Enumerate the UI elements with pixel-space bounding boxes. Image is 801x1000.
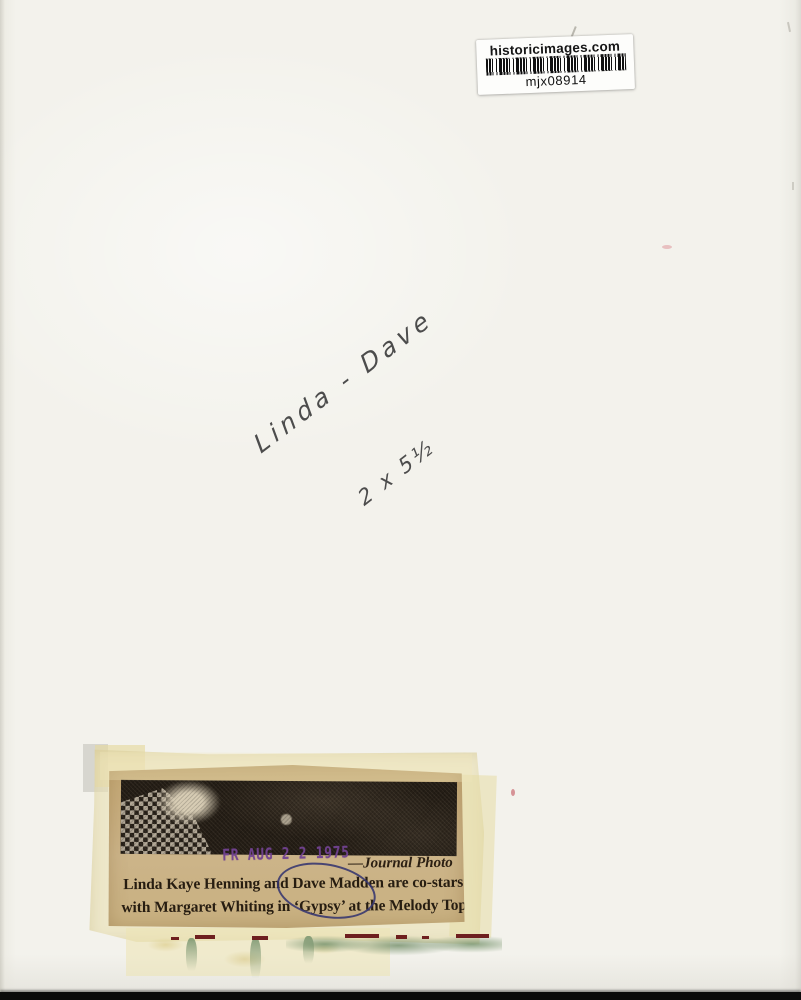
ink-dash [456,934,489,938]
green-stain-drip [250,938,261,982]
ink-dash [195,935,215,939]
ink-dash [396,935,407,939]
green-stain-drip [303,936,314,966]
photo-credit-label: —Journal Photo [348,855,453,873]
sticker-code-label: mjx08914 [525,73,587,88]
tape-overlay-top [100,752,472,782]
pink-smudge [662,245,672,249]
ink-dash [171,937,179,940]
photo-back-scan: historicimages.com mjx08914 Linda - Dave… [0,0,801,1000]
scratch-mark [792,182,794,190]
pink-smudge [511,789,515,796]
date-stamp: FR AUG 2 2 1975 [222,842,350,864]
barcode-sticker: historicimages.com mjx08914 [476,34,635,95]
ink-dash [422,936,429,939]
ink-dash [252,936,268,940]
news-clipping: FR AUG 2 2 1975 —Journal Photo Linda Kay… [107,764,464,929]
green-stain-drip [186,938,197,974]
scan-bottom-edge [0,992,801,1000]
ink-dash [345,934,379,938]
